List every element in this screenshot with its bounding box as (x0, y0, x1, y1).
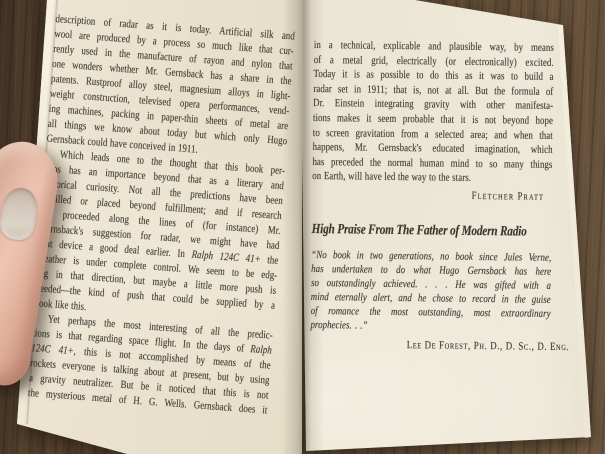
text-line: on Earth, will have led the way to the s… (312, 169, 552, 187)
book-gutter-shadow (282, 0, 324, 454)
right-page-text: in a technical, explicable and plausible… (310, 38, 554, 355)
photo-of-open-book: description of radar as it is today. Art… (0, 0, 605, 454)
endorsement-quote: “No book in two generations, no book sin… (310, 248, 551, 335)
text-line: prophecies. . .” (310, 318, 550, 335)
left-page-text: description of radar as it is today. Art… (27, 12, 295, 419)
right-page-paragraph: in a technical, explicable and plausible… (312, 38, 554, 187)
attribution-fletcher-pratt: Fletcher Pratt (312, 187, 552, 205)
open-book: description of radar as it is today. Art… (0, 0, 605, 454)
section-heading: High Praise From The Father of Modern Ra… (312, 223, 552, 241)
